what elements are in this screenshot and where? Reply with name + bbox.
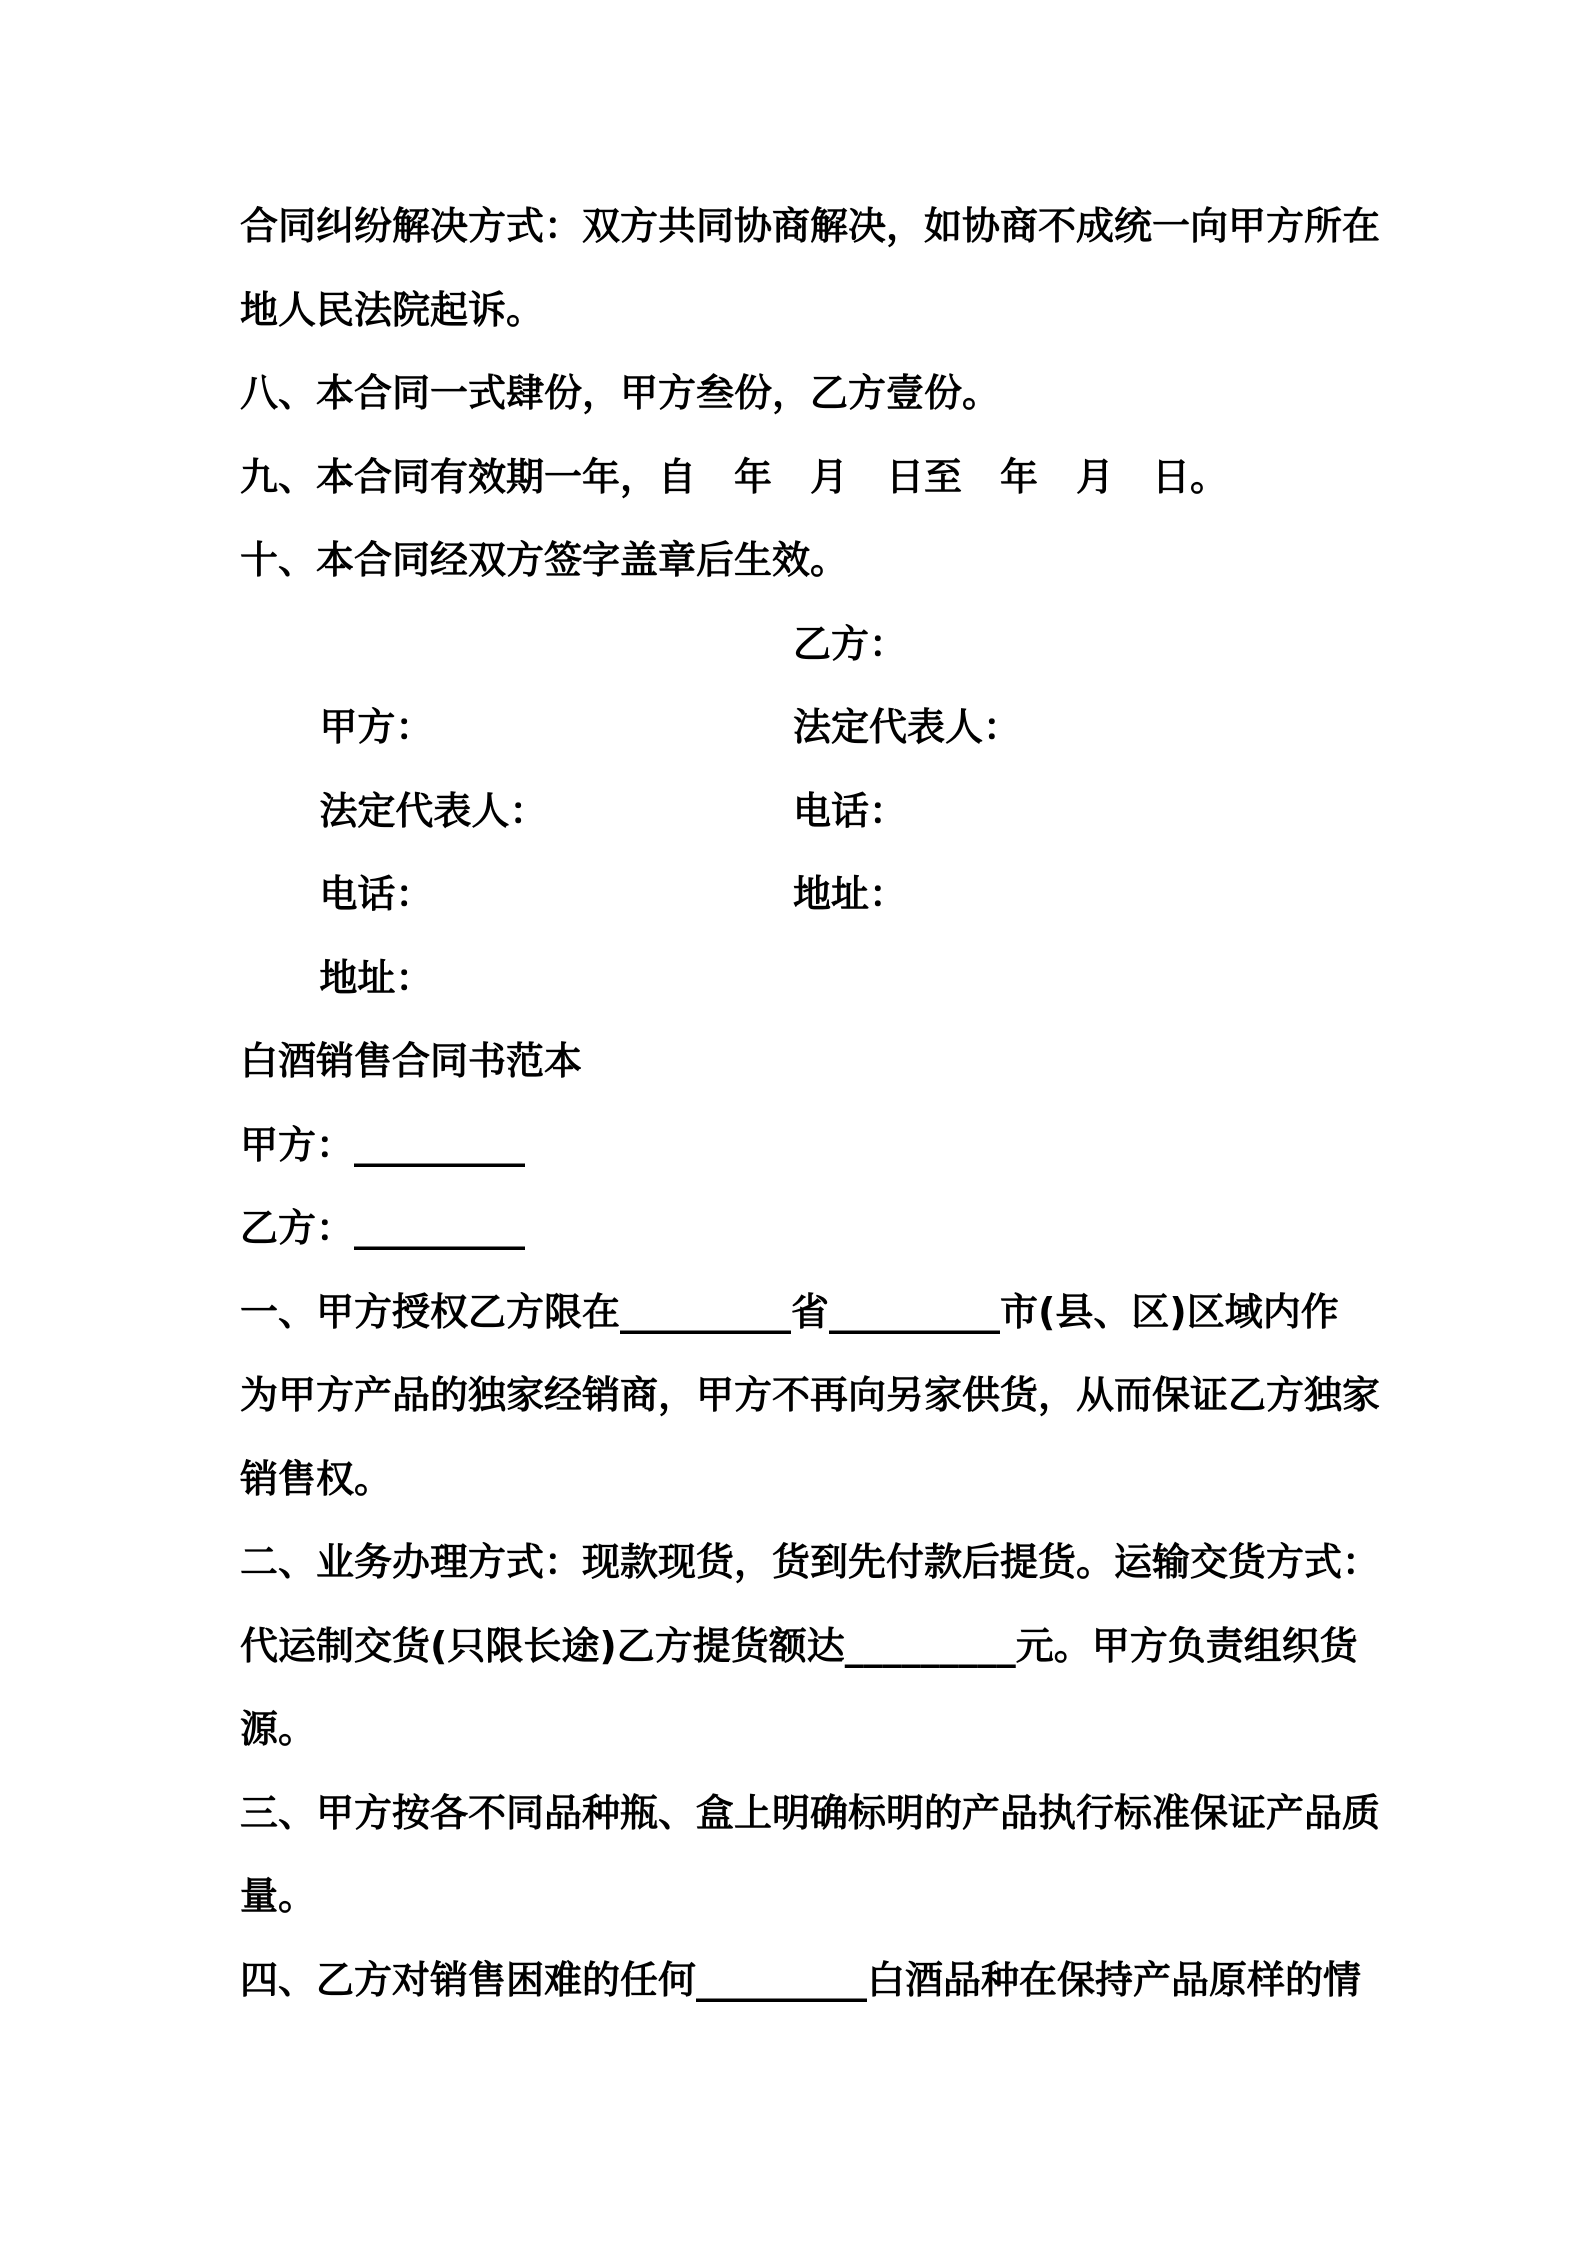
line-clause-9-validity: 九、本合同有效期一年，自 年 月 日至 年 月 日。 [240,436,1400,520]
line-clause-2-payment-2: 代运制交货(只限长途)乙方提货额达_________元。甲方负责组织货 [240,1605,1400,1689]
line-party-b-blank: 乙方：_________ [240,1187,1400,1271]
party-b-address-label: 地址： [793,853,907,937]
line-dispute-resolution-1: 合同纠纷解决方式：双方共同协商解决，如协商不成统一向甲方所在 [240,185,1400,269]
line-clause-3-quality-2: 量。 [240,1855,1400,1939]
line-clause-2-payment-3: 源。 [240,1688,1400,1772]
line-clause-1-territory-3: 销售权。 [240,1438,1400,1522]
line-party-labels: 甲方： 乙方： [240,603,1400,687]
line-clause-3-quality-1: 三、甲方按各不同品种瓶、盒上明确标明的产品执行标准保证产品质 [240,1772,1400,1856]
line-clause-8-copies: 八、本合同一式肆份，甲方叁份，乙方壹份。 [240,352,1400,436]
party-b-label: 乙方： [793,603,907,687]
line-phone-labels: 电话： 电话： [240,770,1400,854]
line-clause-4-returns-1: 四、乙方对销售困难的任何_________白酒品种在保持产品原样的情 [240,1939,1400,2023]
party-b-legal-rep-label: 法定代表人： [793,686,1021,770]
line-clause-10-effective: 十、本合同经双方签字盖章后生效。 [240,519,1400,603]
contract-title: 白酒销售合同书范本 [240,1020,1400,1104]
line-dispute-resolution-2: 地人民法院起诉。 [240,269,1400,353]
line-clause-2-payment-1: 二、业务办理方式：现款现货，货到先付款后提货。运输交货方式： [240,1521,1400,1605]
line-address-labels: 地址： 地址： [240,853,1400,937]
blank-line [240,937,1400,1021]
party-b-phone-label: 电话： [793,770,907,854]
document-content: 合同纠纷解决方式：双方共同协商解决，如协商不成统一向甲方所在 地人民法院起诉。 … [240,185,1400,2022]
document-page: 合同纠纷解决方式：双方共同协商解决，如协商不成统一向甲方所在 地人民法院起诉。 … [0,0,1586,2244]
line-clause-1-territory-1: 一、甲方授权乙方限在_________省_________市(县、区)区域内作 [240,1271,1400,1355]
line-party-a-blank: 甲方：_________ [240,1104,1400,1188]
line-legal-rep-labels: 法定代表人： 法定代表人： [240,686,1400,770]
line-clause-1-territory-2: 为甲方产品的独家经销商，甲方不再向另家供货，从而保证乙方独家 [240,1354,1400,1438]
